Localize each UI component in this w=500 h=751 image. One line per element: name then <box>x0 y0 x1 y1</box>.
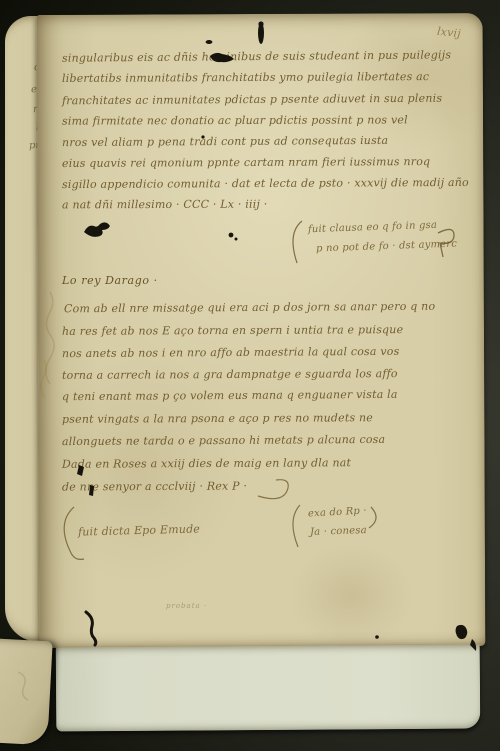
manuscript-line: nos anets ab nos i en nro affo ab maestr… <box>62 345 400 360</box>
manuscript-line: de nre senyor a ccclviij · Rex P · <box>62 480 247 494</box>
letter-heading: Lo rey Darago · <box>62 274 158 287</box>
manuscript-line: libertatibs inmunitatibs franchitatibs y… <box>62 70 429 85</box>
manuscript-line: sigillo appendicio comunita · dat et lec… <box>62 176 469 191</box>
faint-note: probata · <box>166 602 207 610</box>
scribe-signature: Ja · conesa <box>310 525 367 538</box>
manuscript-line: Com ab ell nre missatge qui era aci p do… <box>64 300 435 316</box>
manuscript-line: eius quavis rei qmonium ppnte cartam nra… <box>62 155 430 170</box>
manuscript-photo: os eir ns lo pm ls s y lxvij singularibu… <box>0 0 500 751</box>
manuscript-line: q teni enant mas p ço volem eus mana q e… <box>62 388 398 403</box>
manuscript-line: sima firmitate nec donatio ac pluar pdic… <box>62 113 408 127</box>
manuscript-line: psent vingats a la nra psona e aço p res… <box>62 411 373 426</box>
manuscript-line: torna a carrech ia nos a gra dampnatge e… <box>62 367 398 382</box>
manuscript-line: allonguets ne tarda o e passano hi metat… <box>62 433 385 448</box>
manuscript-line: Dada en Roses a xxiij dies de maig en la… <box>62 456 351 471</box>
bottom-left-folio-corner <box>0 639 53 746</box>
next-folio-edge <box>56 645 481 732</box>
manuscript-line: a nat dñi millesimo · CCC · Lx · iiij · <box>62 198 267 212</box>
folio-number: lxvij <box>436 25 461 40</box>
manuscript-line: ha res fet ab nos E aço torna en spern i… <box>62 323 403 338</box>
manuscript-line: nros vel aliam p pena tradi cont pus ad … <box>62 134 388 149</box>
manuscript-line: franchitates ac inmunitates pdictas p ps… <box>62 92 442 108</box>
